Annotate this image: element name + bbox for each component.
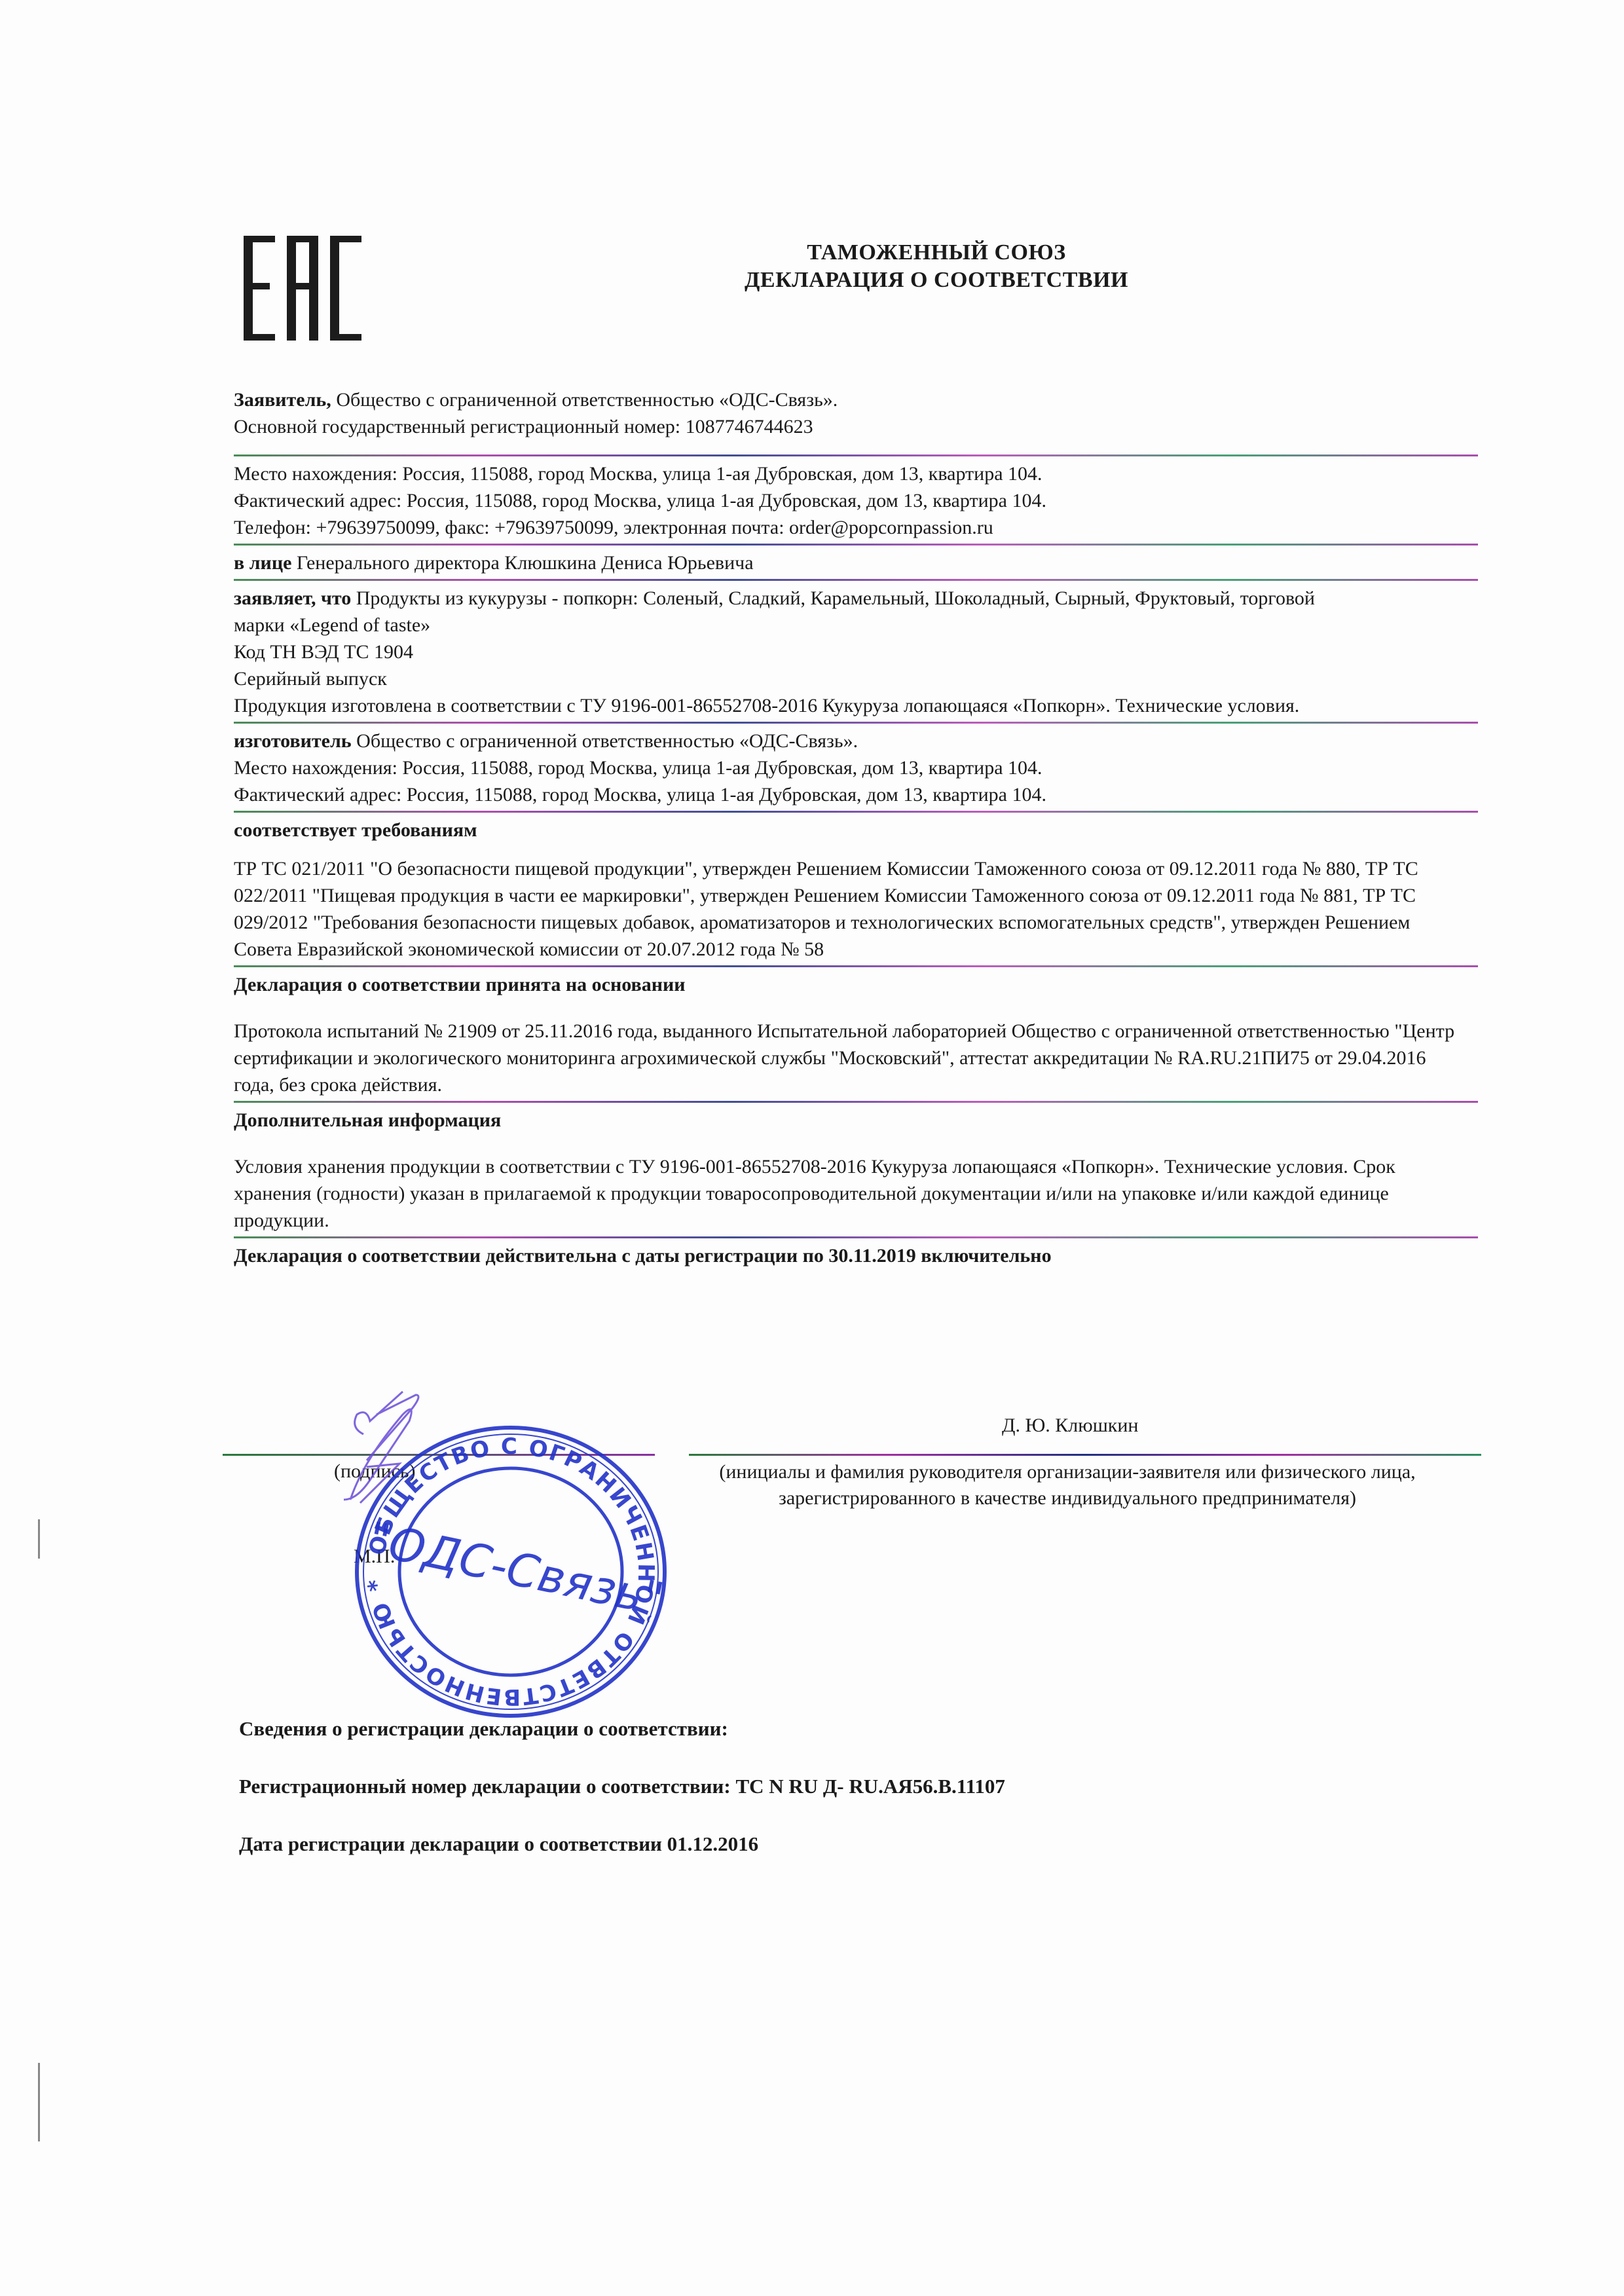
requirements-text: ТР ТС 021/2011 "О безопасности пищевой п… <box>234 855 1465 963</box>
declares-label: заявляет, что <box>234 587 351 609</box>
basis-label: Декларация о соответствии принята на осн… <box>234 971 1478 998</box>
header-declaration-title: ДЕКЛАРАЦИЯ О СООТВЕТСТВИИ <box>668 267 1205 294</box>
applicant-line: Заявитель, Общество с ограниченной ответ… <box>234 386 1478 413</box>
representative-label: в лице <box>234 552 291 574</box>
representative-line: в лице Генерального директора Клюшкина Д… <box>234 549 1478 576</box>
manufacturer-actual-address: Фактический адрес: Россия, 115088, город… <box>234 781 1478 808</box>
tnved-code: Код ТН ВЭД ТС 1904 <box>234 639 1478 665</box>
scan-artifact <box>38 1519 40 1559</box>
divider <box>234 454 1478 456</box>
registration-date: Дата регистрации декларации о соответств… <box>239 1831 1005 1857</box>
applicant-location: Место нахождения: Россия, 115088, город … <box>234 460 1478 487</box>
registration-number: Регистрационный номер декларации о соотв… <box>239 1773 1005 1800</box>
basis-text: Протокола испытаний № 21909 от 25.11.201… <box>234 1018 1465 1098</box>
signer-caption: (инициалы и фамилия руководителя организ… <box>707 1459 1428 1511</box>
divider <box>234 1101 1478 1103</box>
registration-title: Сведения о регистрации декларации о соот… <box>239 1716 1005 1742</box>
signer-name: Д. Ю. Клюшкин <box>1002 1415 1138 1437</box>
divider <box>234 1236 1478 1238</box>
divider <box>234 722 1478 724</box>
applicant-label: Заявитель, <box>234 389 331 411</box>
divider <box>234 544 1478 546</box>
additional-text: Условия хранения продукции в соответстви… <box>234 1153 1399 1234</box>
applicant-ogrn: Основной государственный регистрационный… <box>234 413 1478 440</box>
divider <box>234 811 1478 813</box>
document-header: ТАМОЖЕННЫЙ СОЮЗ ДЕКЛАРАЦИЯ О СООТВЕТСТВИ… <box>668 239 1205 294</box>
requirements-label: соответствует требованиям <box>234 817 1478 843</box>
divider <box>234 965 1478 967</box>
release-type: Серийный выпуск <box>234 665 1478 692</box>
validity-text: Декларация о соответствии действительна … <box>234 1242 1478 1269</box>
manufacturer-name: Общество с ограниченной ответственностью… <box>352 730 858 752</box>
additional-label: Дополнительная информация <box>234 1107 1478 1134</box>
applicant-actual-address: Фактический адрес: Россия, 115088, город… <box>234 487 1478 514</box>
svg-text:"ОДС-Связь": "ОДС-Связь" <box>363 1511 669 1627</box>
product-standard: Продукция изготовлена в соответствии с Т… <box>234 692 1465 719</box>
declares-paragraph: заявляет, что Продукты из кукурузы - поп… <box>234 585 1360 639</box>
declares-text: Продукты из кукурузы - попкорн: Соленый,… <box>234 587 1315 636</box>
header-union-title: ТАМОЖЕННЫЙ СОЮЗ <box>668 239 1205 267</box>
applicant-name: Общество с ограниченной ответственностью… <box>331 389 838 411</box>
company-stamp-icon: ОБЩЕСТВО С ОГРАНИЧЕННОЙ ОТВЕТСТВЕННОСТЬЮ… <box>341 1421 681 1722</box>
manufacturer-line: изготовитель Общество с ограниченной отв… <box>234 728 1478 754</box>
representative-text: Генерального директора Клюшкина Дениса Ю… <box>291 552 753 574</box>
eac-mark-icon <box>244 236 368 341</box>
manufacturer-location: Место нахождения: Россия, 115088, город … <box>234 754 1478 781</box>
signer-name-line <box>689 1454 1481 1456</box>
declaration-body: Заявитель, Общество с ограниченной ответ… <box>234 386 1478 1269</box>
applicant-contacts: Телефон: +79639750099, факс: +7963975009… <box>234 514 1478 541</box>
scan-artifact <box>38 2063 40 2141</box>
manufacturer-label: изготовитель <box>234 730 352 752</box>
registration-info: Сведения о регистрации декларации о соот… <box>239 1716 1005 1889</box>
divider <box>234 579 1478 581</box>
